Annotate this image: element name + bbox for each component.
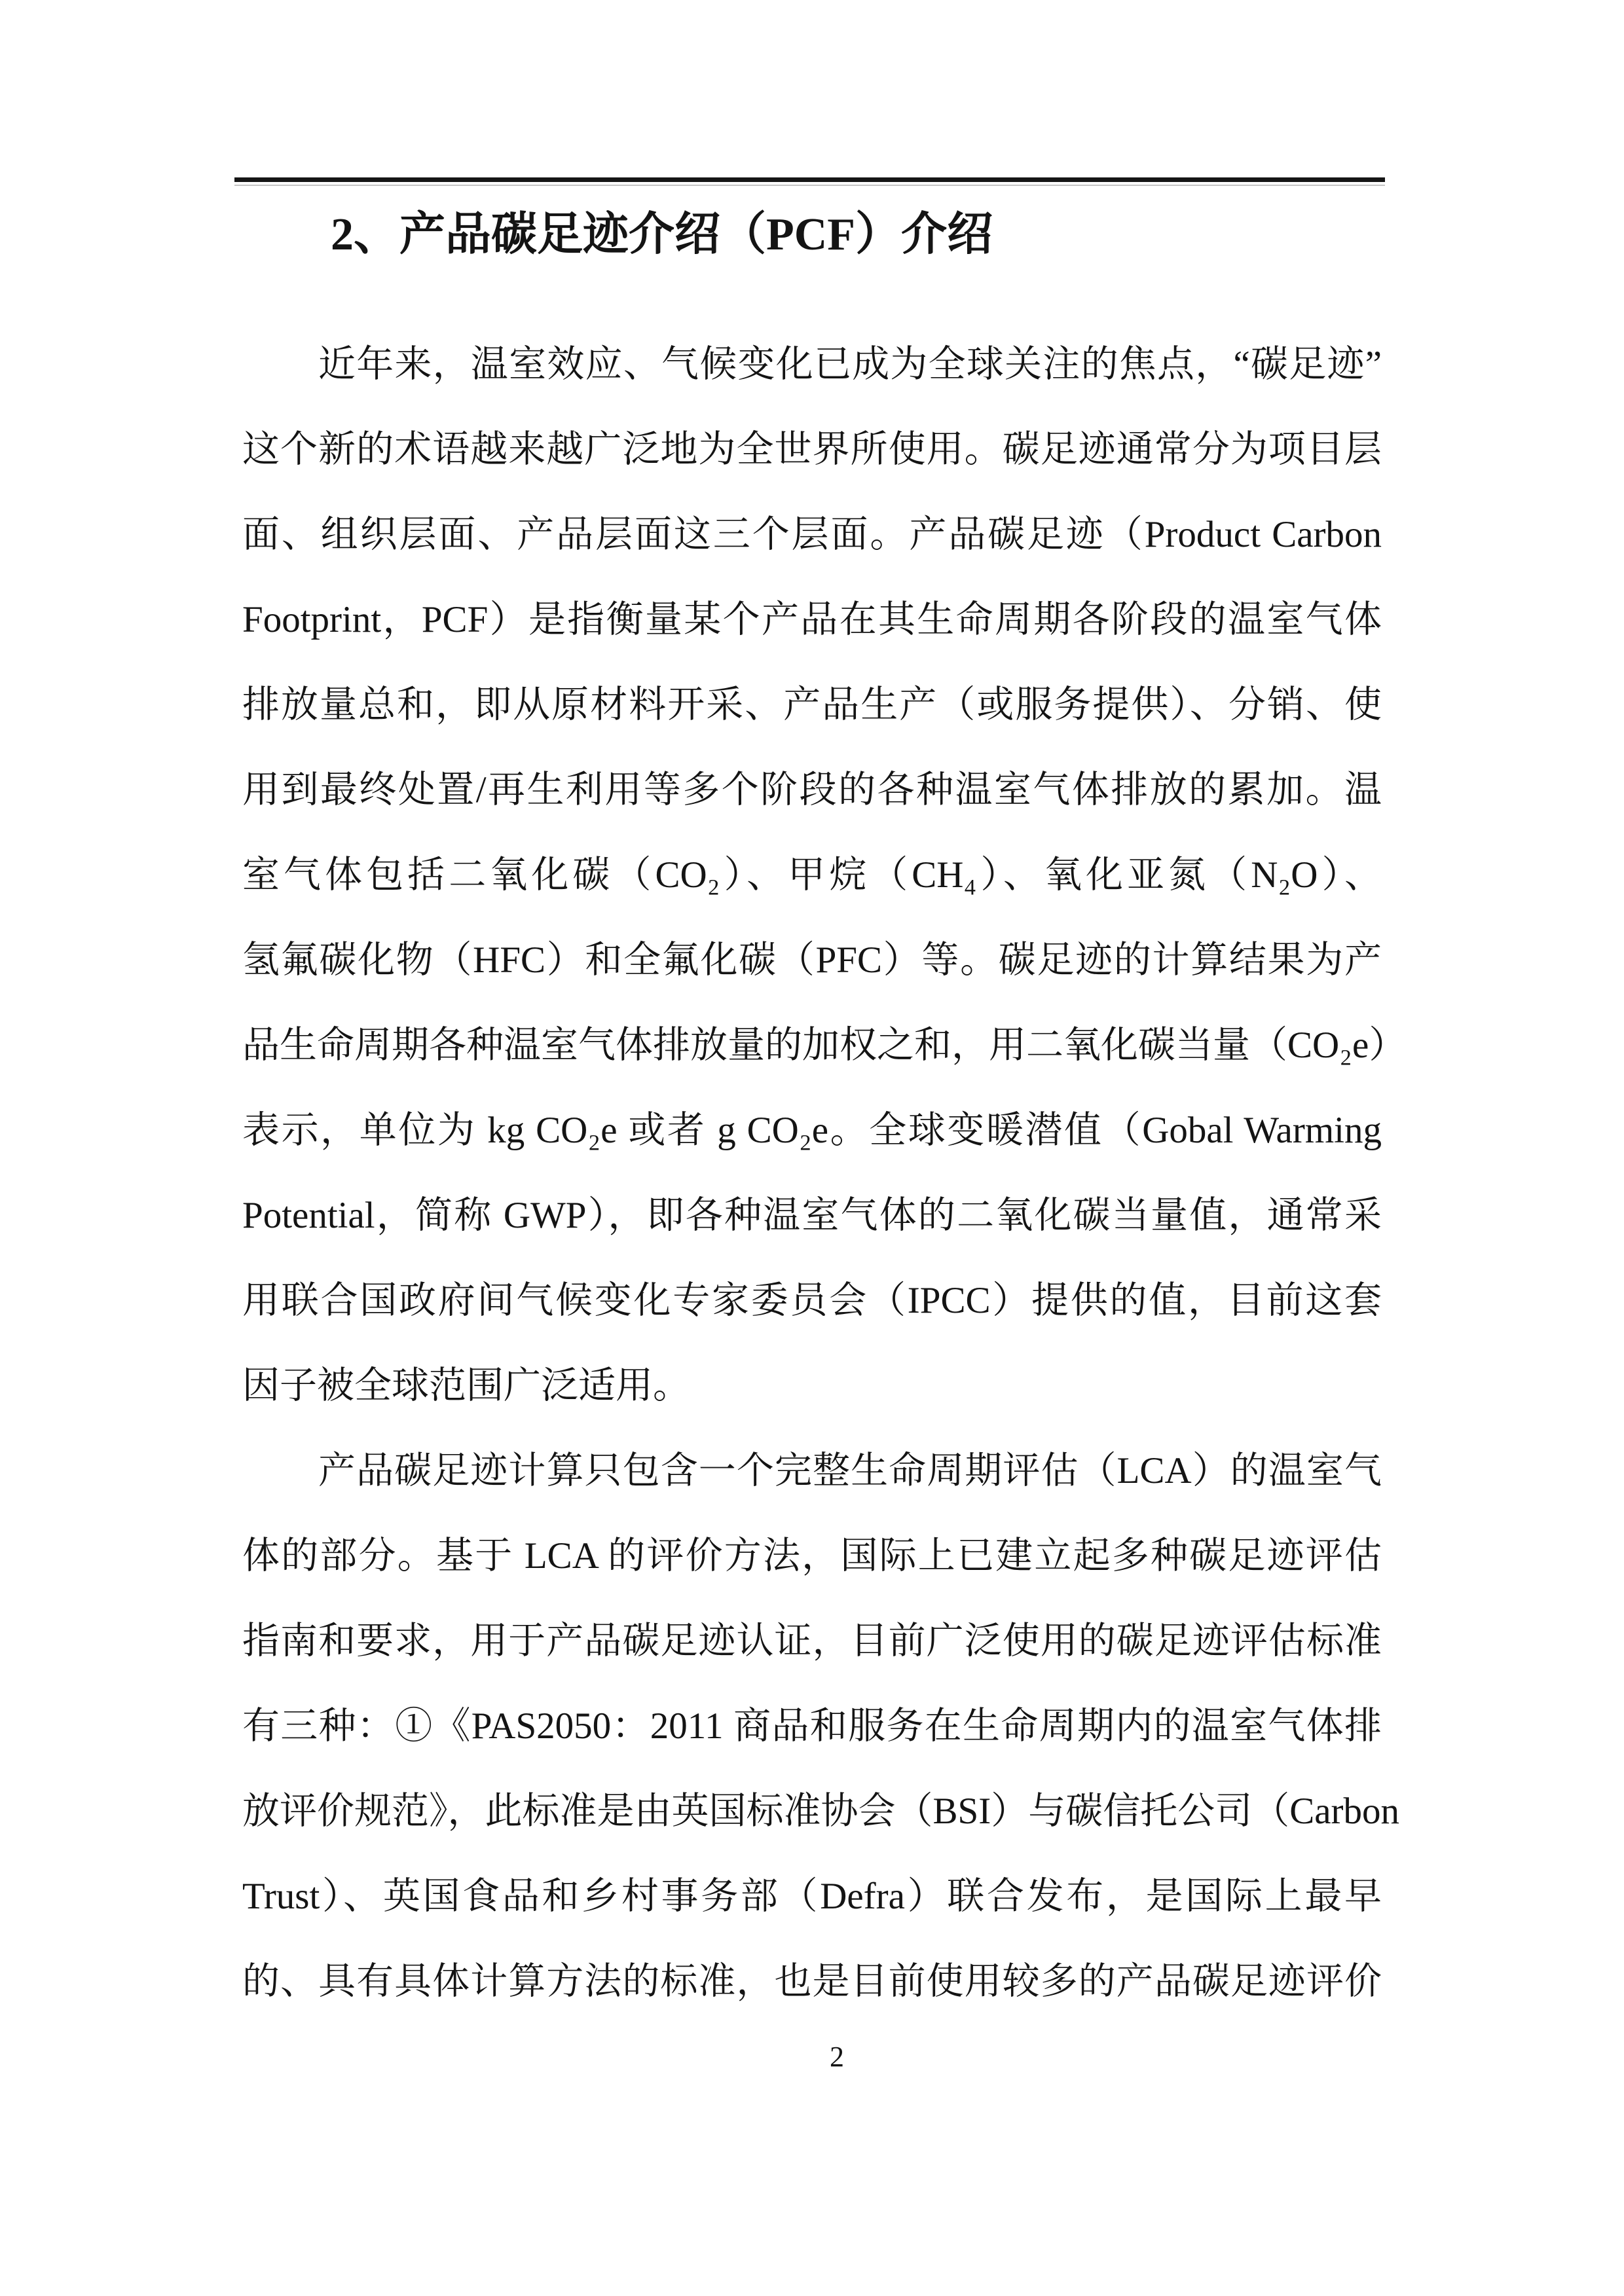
- body-line: Footprint，PCF）是指衡量某个产品在其生命周期各阶段的温室气体: [242, 577, 1382, 663]
- body-line: 指南和要求，用于产品碳足迹认证，目前广泛使用的碳足迹评估标准: [242, 1599, 1382, 1684]
- body-line: 表示，单位为 kg CO₂e 或者 g CO₂e。全球变暖潜值（Gobal Wa…: [242, 1088, 1382, 1173]
- header-rule: [234, 177, 1385, 182]
- body-line: 室气体包括二氧化碳（CO₂）、甲烷（CH₄）、氧化亚氮（N₂O）、: [242, 833, 1382, 918]
- body-line: 面、组织层面、产品层面这三个层面。产品碳足迹（Product Carbon: [242, 492, 1382, 577]
- body-line: 这个新的术语越来越广泛地为全世界所使用。碳足迹通常分为项目层: [242, 407, 1382, 492]
- body-line: 因子被全球范围广泛适用。: [242, 1343, 1382, 1429]
- body-text: 近年来，温室效应、气候变化已成为全球关注的焦点，“碳足迹” 这个新的术语越来越广…: [242, 322, 1382, 2024]
- body-line: 近年来，温室效应、气候变化已成为全球关注的焦点，“碳足迹”: [242, 322, 1382, 407]
- body-line: 有三种：①《PAS2050：2011 商品和服务在生命周期内的温室气体排: [242, 1684, 1382, 1769]
- section-heading: 2、产品碳足迹介绍（PCF）介绍: [242, 207, 1470, 263]
- document-page: 2、产品碳足迹介绍（PCF）介绍 近年来，温室效应、气候变化已成为全球关注的焦点…: [0, 0, 1624, 2296]
- body-line: 氢氟碳化物（HFC）和全氟化碳（PFC）等。碳足迹的计算结果为产: [242, 918, 1382, 1003]
- body-line: 放评价规范》，此标准是由英国标准协会（BSI）与碳信托公司（Carbon: [242, 1769, 1382, 1854]
- header-rule-shadow: [234, 185, 1385, 186]
- body-line: 用联合国政府间气候变化专家委员会（IPCC）提供的值，目前这套: [242, 1258, 1382, 1343]
- body-line: 的、具有具体计算方法的标准，也是目前使用较多的产品碳足迹评价: [242, 1939, 1382, 2024]
- body-line: 用到最终处置/再生利用等多个阶段的各种温室气体排放的累加。温: [242, 748, 1382, 833]
- body-line: Potential，简称 GWP），即各种温室气体的二氧化碳当量值，通常采: [242, 1173, 1382, 1258]
- body-line: 排放量总和，即从原材料开采、产品生产（或服务提供）、分销、使: [242, 663, 1382, 748]
- body-line: 品生命周期各种温室气体排放量的加权之和，用二氧化碳当量（CO₂e）: [242, 1003, 1382, 1088]
- body-line: Trust）、英国食品和乡村事务部（Defra）联合发布，是国际上最早: [242, 1854, 1382, 1939]
- body-line: 产品碳足迹计算只包含一个完整生命周期评估（LCA）的温室气: [242, 1429, 1382, 1514]
- body-line: 体的部分。基于 LCA 的评价方法，国际上已建立起多种碳足迹评估: [242, 1514, 1382, 1599]
- page-number: 2: [25, 2037, 1624, 2077]
